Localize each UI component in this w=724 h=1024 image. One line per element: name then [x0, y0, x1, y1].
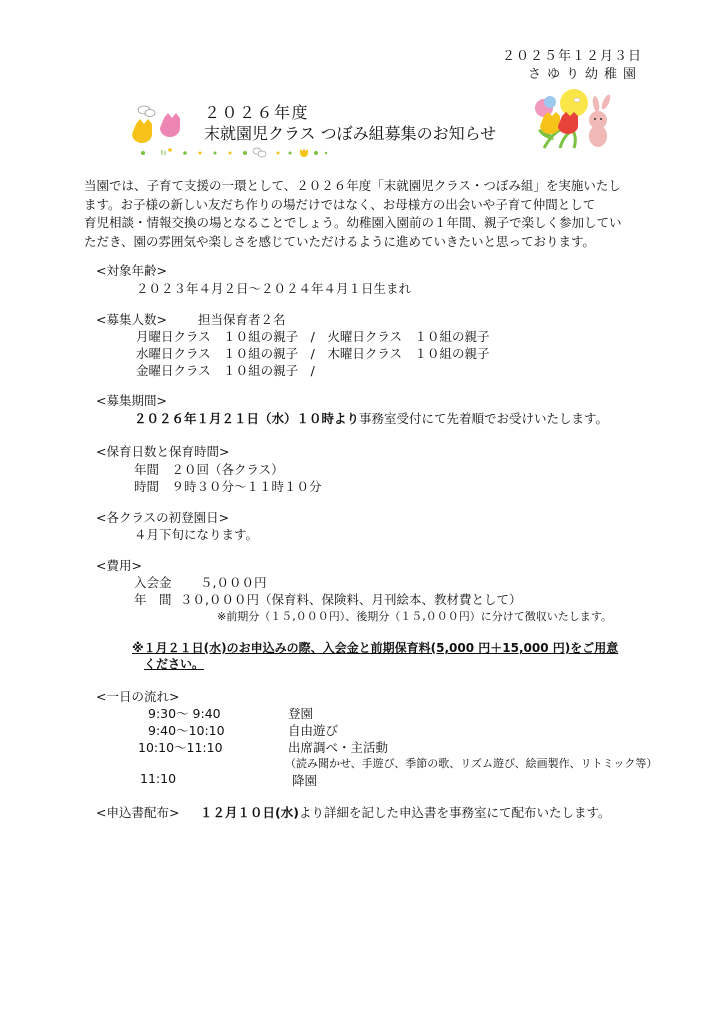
intro-line: ただき、園の雰囲気や楽しさを感じていただけるように進めていきたいと思っております… — [84, 233, 644, 252]
days-row: 年間 ２０回（各クラス） — [134, 460, 284, 478]
payment-notice-cont: ください。 — [144, 655, 204, 672]
capacity-row: 金曜日クラス １０組の親子 / — [136, 361, 315, 379]
capacity-row: 月曜日クラス １０組の親子 / 火曜日クラス １０組の親子 — [136, 327, 489, 345]
schedule-time: 10:10～11:10 — [138, 738, 223, 756]
entry-fee-label: 入会金 — [134, 573, 172, 591]
application-date: １２月１０日(水) — [200, 805, 299, 820]
section-heading-schedule: <一日の流れ> — [96, 687, 179, 705]
intro-line: ます。お子様の新しい友だち作りの場だけではなく、お母様方の出会いや子育て仲間とし… — [84, 196, 644, 215]
schedule-time: 9:40～10:10 — [148, 721, 225, 739]
annual-fee-label: 年 間 — [134, 590, 172, 608]
period-text: ２０２６年１月２１日（水）１０時より事務室受付にて先着順でお受けいたします。 — [134, 409, 608, 427]
tulip-left-illustration — [130, 100, 190, 148]
payment-notice: ※１月２１日(水)のお申込みの際、入会金と前期保育料(5,000 円＋15,00… — [132, 639, 618, 656]
schedule-activity: 登園 — [288, 704, 313, 722]
section-heading-period: <募集期間> — [96, 391, 167, 409]
intro-line: 当園では、子育て支援の一環として、２０２６年度「末就園児クラス・つぼみ組」を実施… — [84, 177, 644, 196]
period-detail: 事務室受付にて先着順でお受けいたします。 — [359, 411, 608, 426]
installment-note: ※前期分（１５,０００円）、後期分（１５,０００円）に分けて徴収いたします。 — [217, 608, 612, 624]
dotted-border-decoration — [140, 145, 330, 159]
hours-row: 時間 ９時３０分～１１時１０分 — [134, 477, 322, 495]
intro-line: 育児相談・情報交換の場となることでしょう。幼稚園入園前の１年間、親子で楽しく参加… — [84, 214, 644, 233]
staff-note: 担当保育者２名 — [198, 310, 286, 328]
section-heading-age: <対象年齢> — [96, 261, 167, 279]
capacity-row: 水曜日クラス １０組の親子 / 木曜日クラス １０組の親子 — [136, 344, 489, 362]
age-range: ２０２３年４月２日～２０２４年４月１日生まれ — [136, 279, 411, 297]
tulip-bunny-illustration — [530, 88, 620, 150]
schedule-time: 11:10 — [140, 771, 176, 786]
header-block: ２０２５年１２月３日 さゆり幼稚園 — [502, 48, 642, 84]
first-day-value: ４月下旬になります。 — [134, 525, 258, 543]
schedule-activity: 自由遊び — [288, 721, 338, 739]
period-start: ２０２６年１月２１日（水）１０時より — [134, 411, 359, 426]
school-name: さゆり幼稚園 — [502, 66, 642, 84]
section-heading-first-day: <各クラスの初登園日> — [96, 508, 229, 526]
annual-fee-value: ３０,０００円（保育料、保険料、月刊絵本、教材費として） — [180, 590, 521, 608]
schedule-activity: 出席調べ・主活動 — [288, 738, 388, 756]
application-detail: より詳細を記した申込書を事務室にて配布いたします。 — [299, 805, 611, 820]
section-heading-days: <保育日数と保育時間> — [96, 442, 229, 460]
section-heading-capacity: <募集人数> — [96, 310, 167, 328]
schedule-time: 9:30～ 9:40 — [148, 704, 221, 722]
page-title: 末就園児クラス つぼみ組募集のお知らせ — [204, 121, 496, 144]
section-heading-application: <申込書配布> — [96, 803, 179, 821]
intro-paragraph: 当園では、子育て支援の一環として、２０２６年度「末就園児クラス・つぼみ組」を実施… — [84, 177, 644, 251]
application-text: １２月１０日(水)より詳細を記した申込書を事務室にて配布いたします。 — [200, 803, 610, 821]
schedule-activity: 降園 — [292, 771, 317, 789]
entry-fee-value: ５,０００円 — [200, 573, 266, 591]
issue-date: ２０２５年１２月３日 — [502, 48, 642, 66]
activity-note: （読み聞かせ、手遊び、季節の歌、リズム遊び、絵画製作、リトミック等） — [285, 755, 657, 771]
section-heading-fees: <費用> — [96, 556, 142, 574]
title-year: ２０２６年度 — [204, 100, 309, 123]
